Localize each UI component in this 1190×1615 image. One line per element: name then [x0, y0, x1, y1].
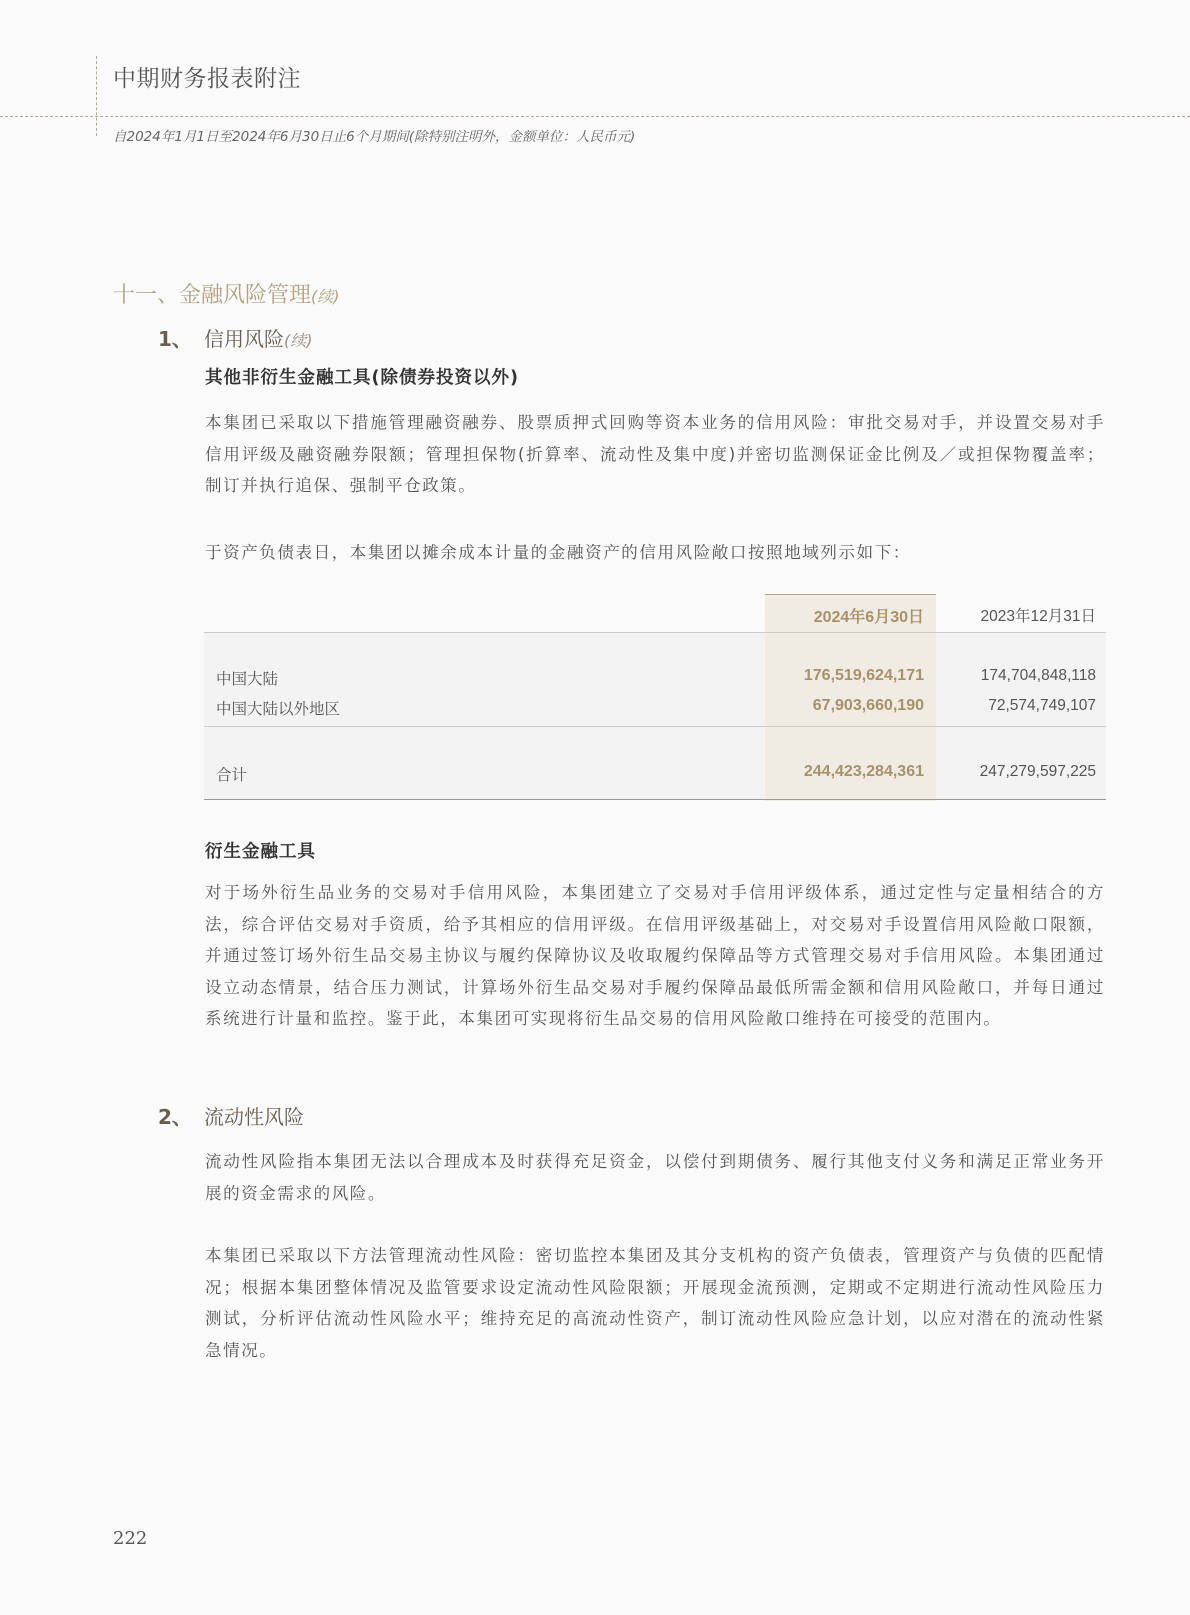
non-derivative-paragraph: 本集团已采取以下措施管理融资融券、股票质押式回购等资本业务的信用风险：审批交易对…: [205, 407, 1105, 502]
subsection-continued: (续): [284, 331, 313, 350]
exposure-intro-paragraph: 于资产负债表日，本集团以摊余成本计量的金融资产的信用风险敞口按照地域列示如下：: [205, 537, 1105, 569]
total-value-2024: 244,423,284,361: [804, 763, 924, 781]
section-number: 十一、: [113, 283, 179, 308]
row-value-2024: 67,903,660,190: [813, 697, 924, 715]
section-continued: (续): [311, 287, 340, 306]
credit-exposure-table: 2024年6月30日 2023年12月31日 中国大陆 176,519,624,…: [204, 594, 1106, 800]
derivative-paragraph: 对于场外衍生品业务的交易对手信用风险，本集团建立了交易对手信用评级体系，通过定性…: [205, 877, 1105, 1035]
derivative-heading: 衍生金融工具: [205, 838, 316, 863]
row-label: 中国大陆: [216, 667, 278, 689]
non-derivative-heading: 其他非衍生金融工具(除债券投资以外): [205, 364, 519, 389]
total-value-2023: 247,279,597,225: [980, 763, 1096, 781]
section-title: 金融风险管理: [179, 283, 311, 308]
header-horizontal-rule: [0, 116, 1190, 117]
table-header: [204, 594, 1106, 633]
subsection-title: 流动性风险: [204, 1105, 304, 1129]
row-value-2023: 72,574,749,107: [988, 697, 1096, 715]
total-label: 合计: [216, 763, 247, 785]
subsection-title: 信用风险: [204, 327, 284, 351]
section-heading: 十一、金融风险管理(续): [113, 278, 340, 309]
table-bottom-rule: [204, 799, 1106, 800]
subsection-number: 1、: [158, 323, 204, 352]
subsection-number: 2、: [158, 1101, 204, 1130]
column-header-2023: 2023年12月31日: [981, 604, 1096, 626]
header-vertical-rule: [96, 56, 97, 136]
column-header-2024: 2024年6月30日: [814, 604, 924, 627]
table-divider: [204, 726, 1106, 727]
page-number: 222: [113, 1528, 147, 1549]
row-label: 中国大陆以外地区: [216, 697, 340, 719]
subsection-heading-liquidity-risk: 2、流动性风险: [158, 1101, 304, 1130]
subsection-heading-credit-risk: 1、信用风险(续): [158, 323, 313, 352]
liquidity-definition-paragraph: 流动性风险指本集团无法以合理成本及时获得充足资金，以偿付到期债务、履行其他支付义…: [205, 1146, 1105, 1209]
row-value-2024: 176,519,624,171: [804, 667, 924, 685]
page-header-subtitle: 自2024年1月1日至2024年6月30日止6个月期间(除特别注明外，金额单位：…: [113, 125, 635, 145]
liquidity-measures-paragraph: 本集团已采取以下方法管理流动性风险：密切监控本集团及其分支机构的资产负债表，管理…: [205, 1240, 1105, 1366]
row-value-2023: 174,704,848,118: [981, 667, 1096, 685]
page-header-title: 中期财务报表附注: [113, 60, 301, 93]
